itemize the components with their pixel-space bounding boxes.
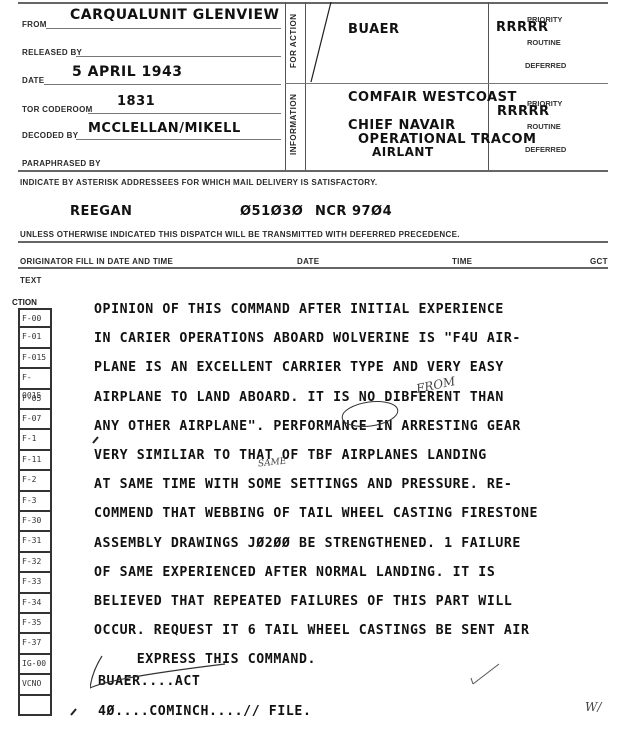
decoded-by-value: MCCLELLAN/MIKELL (88, 121, 241, 136)
routing-code-box: F-30 (18, 512, 52, 532)
info-addressee-4: AIRLANT (372, 145, 434, 159)
routing-code-box (18, 696, 52, 716)
tor-coderoom-label: TOR CODEROOM (22, 105, 93, 114)
for-action-deferred-option: DEFERRED (525, 61, 566, 70)
message-line: OF SAME EXPERIENCED AFTER NORMAL LANDING… (94, 565, 495, 580)
routing-code-box: F-01 (18, 328, 52, 348)
date-time-group: Ø51Ø3Ø (240, 204, 303, 219)
notice-rule (18, 241, 608, 243)
originator-rule (18, 267, 608, 269)
info-deferred-option: DEFERRED (525, 145, 566, 154)
routing-code-box: VCNO (18, 675, 52, 695)
message-line: ASSEMBLY DRAWINGS JØ2ØØ BE STRENGTHENED.… (94, 536, 521, 551)
message-line: PLANE IS AN EXCELLENT CARRIER TYPE AND V… (94, 360, 504, 375)
info-addressee-2: CHIEF NAVAIR (348, 118, 456, 133)
routing-code-box: F-11 (18, 451, 52, 471)
routing-code-box: F-32 (18, 553, 52, 573)
routing-code-box: IG-00 (18, 655, 52, 675)
released-by-label: RELEASED BY (22, 48, 82, 57)
message-line: AT SAME TIME WITH SOME SETTINGS AND PRES… (94, 477, 512, 492)
tor-value: 1831 (117, 94, 155, 109)
released-by-underline (76, 56, 281, 57)
for-action-pen-stroke (305, 2, 335, 84)
routing-code-box: F-2 (18, 471, 52, 491)
routing-code-box: F-37 (18, 634, 52, 654)
routing-code-box: F-05 (18, 390, 52, 410)
from-underline (46, 28, 281, 29)
message-line: VERY SIMILIAR TO THAT OF TBF AIRPLANES L… (94, 448, 487, 463)
routing-code-box: F-015 (18, 349, 52, 369)
routing-code-box: F-00 (18, 308, 52, 328)
information-label: INFORMATION (289, 94, 298, 155)
date-label: DATE (22, 76, 44, 85)
check-mark-icon (465, 660, 505, 690)
handwritten-initials: W/ (585, 700, 601, 714)
originator-date-label: DATE (297, 257, 319, 266)
originator-time-label: TIME (452, 257, 472, 266)
date-underline (44, 84, 281, 85)
routing-code-box: F-31 (18, 532, 52, 552)
header-bottom-rule (18, 170, 608, 172)
for-action-addressee: BUAER (348, 22, 400, 37)
decoded-by-label: DECODED BY (22, 131, 78, 140)
routing-code-box: F-1 (18, 430, 52, 450)
message-line: IN CARIER OPERATIONS ABOARD WOLVERINE IS… (94, 331, 521, 346)
paraphrased-by-label: PARAPHRASED BY (22, 159, 101, 168)
ink-mark (70, 708, 78, 716)
text-label: TEXT (20, 276, 42, 285)
routing-code-box: F-0015 (18, 369, 52, 389)
ncr-number: NCR 97Ø4 (315, 204, 392, 219)
routing-header: CTION (12, 298, 37, 307)
message-line: OCCUR. REQUEST IT 6 TAIL WHEEL CASTINGS … (94, 623, 530, 638)
address-block-left-divider (285, 2, 286, 170)
routing-code-box: F-34 (18, 594, 52, 614)
handwritten-same-note: SAME (258, 457, 287, 470)
message-line: COMMEND THAT WEBBING OF TAIL WHEEL CASTI… (94, 506, 538, 521)
decoded-underline (76, 139, 281, 140)
info-priority-option: PRIORITY (527, 99, 562, 108)
originator-gct-label: GCT (590, 257, 608, 266)
routing-code-box: F-33 (18, 573, 52, 593)
originator-label: ORIGINATOR FILL IN DATE AND TIME (20, 257, 173, 266)
distribution-line: 4Ø....COMINCH....// FILE. (98, 704, 312, 719)
message-line: ANY OTHER AIRPLANE". PERFORMANCE IN ARRE… (94, 419, 521, 434)
message-line: BELIEVED THAT REPEATED FAILURES OF THIS … (94, 594, 512, 609)
than-circle (340, 400, 400, 430)
for-action-label: FOR ACTION (289, 14, 298, 68)
from-value: CARQUALUNIT GLENVIEW (70, 7, 279, 23)
message-line: OPINION OF THIS COMMAND AFTER INITIAL EX… (94, 302, 504, 317)
asterisk-notice: INDICATE BY ASTERISK ADDRESSEES FOR WHIC… (20, 178, 377, 187)
tor-underline (88, 113, 281, 114)
routing-code-box: F-07 (18, 410, 52, 430)
routing-code-box: F-35 (18, 614, 52, 634)
for-action-routine-option: ROUTINE (527, 38, 561, 47)
info-addressee-1: COMFAIR WESTCOAST (348, 90, 517, 105)
info-routine-option: ROUTINE (527, 122, 561, 131)
date-value: 5 APRIL 1943 (72, 64, 182, 80)
ink-mark (92, 436, 100, 444)
operator-name: REEGAN (70, 204, 132, 219)
message-line: AIRPLANE TO LAND ABOARD. IT IS NO DIBFER… (94, 390, 504, 405)
from-label: FROM (22, 20, 47, 29)
deferred-notice: UNLESS OTHERWISE INDICATED THIS DISPATCH… (20, 230, 460, 239)
routing-code-box: F-3 (18, 492, 52, 512)
for-action-priority-option: PRIORITY (527, 15, 562, 24)
buaer-pen-stroke (90, 652, 230, 697)
